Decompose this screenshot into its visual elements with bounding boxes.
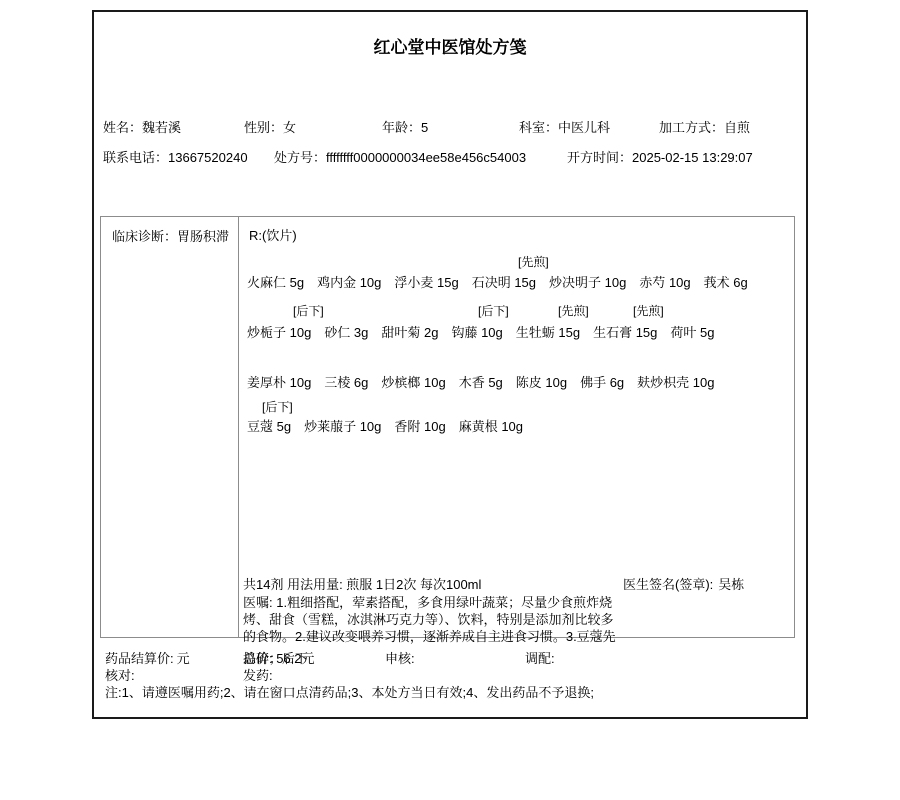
decoction-annotation: [先煎] — [558, 304, 589, 318]
advice-line: 烤、甜食（雪糕，冰淇淋巧克力等）、饮料，特别是添加剂比较多 — [243, 612, 614, 627]
advice-line: 医嘱: 1.粗细搭配，荤素搭配，多食用绿叶蔬菜；尽量少食煎炸烧 — [243, 595, 612, 610]
advice-line: 的食物。2.建议改变喂养习惯，逐渐养成自主进食习惯。3.豆蔻先 — [243, 629, 616, 644]
herb-item: 佛手 6g — [580, 375, 624, 390]
herb-item: 荷叶 5g — [670, 325, 714, 340]
decoction-annotation: [先煎] — [633, 304, 664, 318]
herb-item: 香附 10g — [394, 419, 445, 434]
herb-item: 炒决明子 10g — [549, 275, 626, 290]
herb-item: 浮小麦 15g — [394, 275, 458, 290]
herb-item: 炒槟榔 10g — [381, 375, 445, 390]
herb-item: 陈皮 10g — [516, 375, 567, 390]
patient-age-value: 5 — [421, 120, 428, 135]
doctor-signature-name: 吴栋 — [718, 577, 744, 592]
herb-item: 生牡蛎 15g — [516, 325, 580, 340]
prescription-number-field: 处方号：ffffffff0000000034ee58e456c54003 — [274, 150, 526, 165]
patient-gender-field: 性别：女 — [244, 120, 296, 135]
decoction-annotation: [后下] — [478, 304, 509, 318]
processing-method-field: 加工方式：自煎 — [659, 120, 750, 135]
phone-field: 联系电话：13667520240 — [103, 150, 248, 165]
settlement-price-field: 药品结算价:元 — [105, 651, 190, 666]
patient-name-label: 姓名： — [103, 120, 142, 135]
herb-item: 甜叶菊 2g — [381, 325, 438, 340]
processing-method-label: 加工方式： — [659, 120, 724, 135]
diagnosis-field: 临床诊断：胃肠积滞 — [112, 229, 229, 244]
herb-row-2: 炒栀子 10g砂仁 3g甜叶菊 2g钩藤 10g生牡蛎 15g生石膏 15g荷叶… — [247, 325, 714, 340]
prescription-page: 红心堂中医馆处方笺 姓名：魏若溪 性别：女 年龄：5 科室：中医儿科 加工方式：… — [0, 0, 900, 800]
herb-item: 莪术 6g — [704, 275, 748, 290]
herb-row-3: 姜厚朴 10g三棱 6g炒槟榔 10g木香 5g陈皮 10g佛手 6g麸炒枳壳 … — [247, 375, 714, 390]
herb-item: 赤芍 10g — [639, 275, 690, 290]
patient-department-value: 中医儿科 — [558, 120, 610, 135]
herb-item: 木香 5g — [459, 375, 503, 390]
herb-item: 麸炒枳壳 10g — [637, 375, 714, 390]
settlement-price-label: 药品结算价: — [105, 651, 174, 666]
check-field: 核对: — [105, 668, 135, 683]
herb-item: 火麻仁 5g — [247, 275, 304, 290]
diagnosis-label: 临床诊断： — [112, 229, 177, 244]
patient-name-field: 姓名：魏若溪 — [103, 120, 181, 135]
diagnosis-value: 胃肠积滞 — [177, 229, 229, 244]
decoction-annotation: [先煎] — [518, 255, 549, 269]
herb-item: 麻黄根 10g — [459, 419, 523, 434]
issue-time-value: 2025-02-15 13:29:07 — [632, 150, 753, 165]
patient-gender-label: 性别： — [244, 120, 283, 135]
prescription-number-value: ffffffff0000000034ee58e456c54003 — [326, 150, 526, 165]
patient-gender-value: 女 — [283, 120, 296, 135]
herb-item: 炒栀子 10g — [247, 325, 311, 340]
rx-header: R:(饮片) — [249, 228, 297, 243]
issue-field: 发药: — [243, 668, 273, 683]
page-title: 红心堂中医馆处方笺 — [92, 33, 808, 58]
issue-time-label: 开方时间： — [567, 150, 632, 165]
herb-item: 炒莱菔子 10g — [304, 419, 381, 434]
settlement-price-unit: 元 — [177, 651, 190, 666]
usage-line: 共14剂 用法用量: 煎服 1日2次 每次100ml — [243, 577, 481, 592]
herb-row-4: 豆蔻 5g炒莱菔子 10g香附 10g麻黄根 10g — [247, 419, 523, 434]
issue-time-field: 开方时间：2025-02-15 13:29:07 — [567, 150, 753, 165]
doctor-signature-field: 医生签名(签章):吴栋 — [623, 577, 744, 592]
herb-row-1: 火麻仁 5g鸡内金 10g浮小麦 15g石决明 15g炒决明子 10g赤芍 10… — [247, 275, 748, 290]
phone-label: 联系电话： — [103, 150, 168, 165]
decoction-annotation: [后下] — [262, 400, 293, 414]
patient-department-field: 科室：中医儿科 — [519, 120, 610, 135]
phone-value: 13667520240 — [168, 150, 248, 165]
herb-item: 豆蔻 5g — [247, 419, 291, 434]
doctor-signature-label: 医生签名(签章): — [623, 577, 713, 592]
patient-name-value: 魏若溪 — [142, 120, 181, 135]
review-field: 申核: — [385, 651, 415, 666]
herb-item: 鸡内金 10g — [317, 275, 381, 290]
patient-age-field: 年龄：5 — [382, 120, 428, 135]
dispense-field: 调配: — [525, 651, 555, 666]
herb-item: 生石膏 15g — [593, 325, 657, 340]
herb-item: 石决明 15g — [472, 275, 536, 290]
herb-item: 砂仁 3g — [324, 325, 368, 340]
table-column-divider — [238, 216, 239, 638]
processing-method-value: 自煎 — [724, 120, 750, 135]
footer-note: 注:1、请遵医嘱用药;2、请在窗口点清药品;3、本处方当日有效;4、发出药品不予… — [105, 685, 594, 700]
herb-item: 姜厚朴 10g — [247, 375, 311, 390]
herb-item: 三棱 6g — [324, 375, 368, 390]
prescription-number-label: 处方号： — [274, 150, 326, 165]
patient-department-label: 科室： — [519, 120, 558, 135]
patient-age-label: 年龄： — [382, 120, 421, 135]
decoction-annotation: [后下] — [293, 304, 324, 318]
total-price-field: 总价: 56.2元 — [243, 651, 315, 666]
herb-item: 钩藤 10g — [451, 325, 502, 340]
